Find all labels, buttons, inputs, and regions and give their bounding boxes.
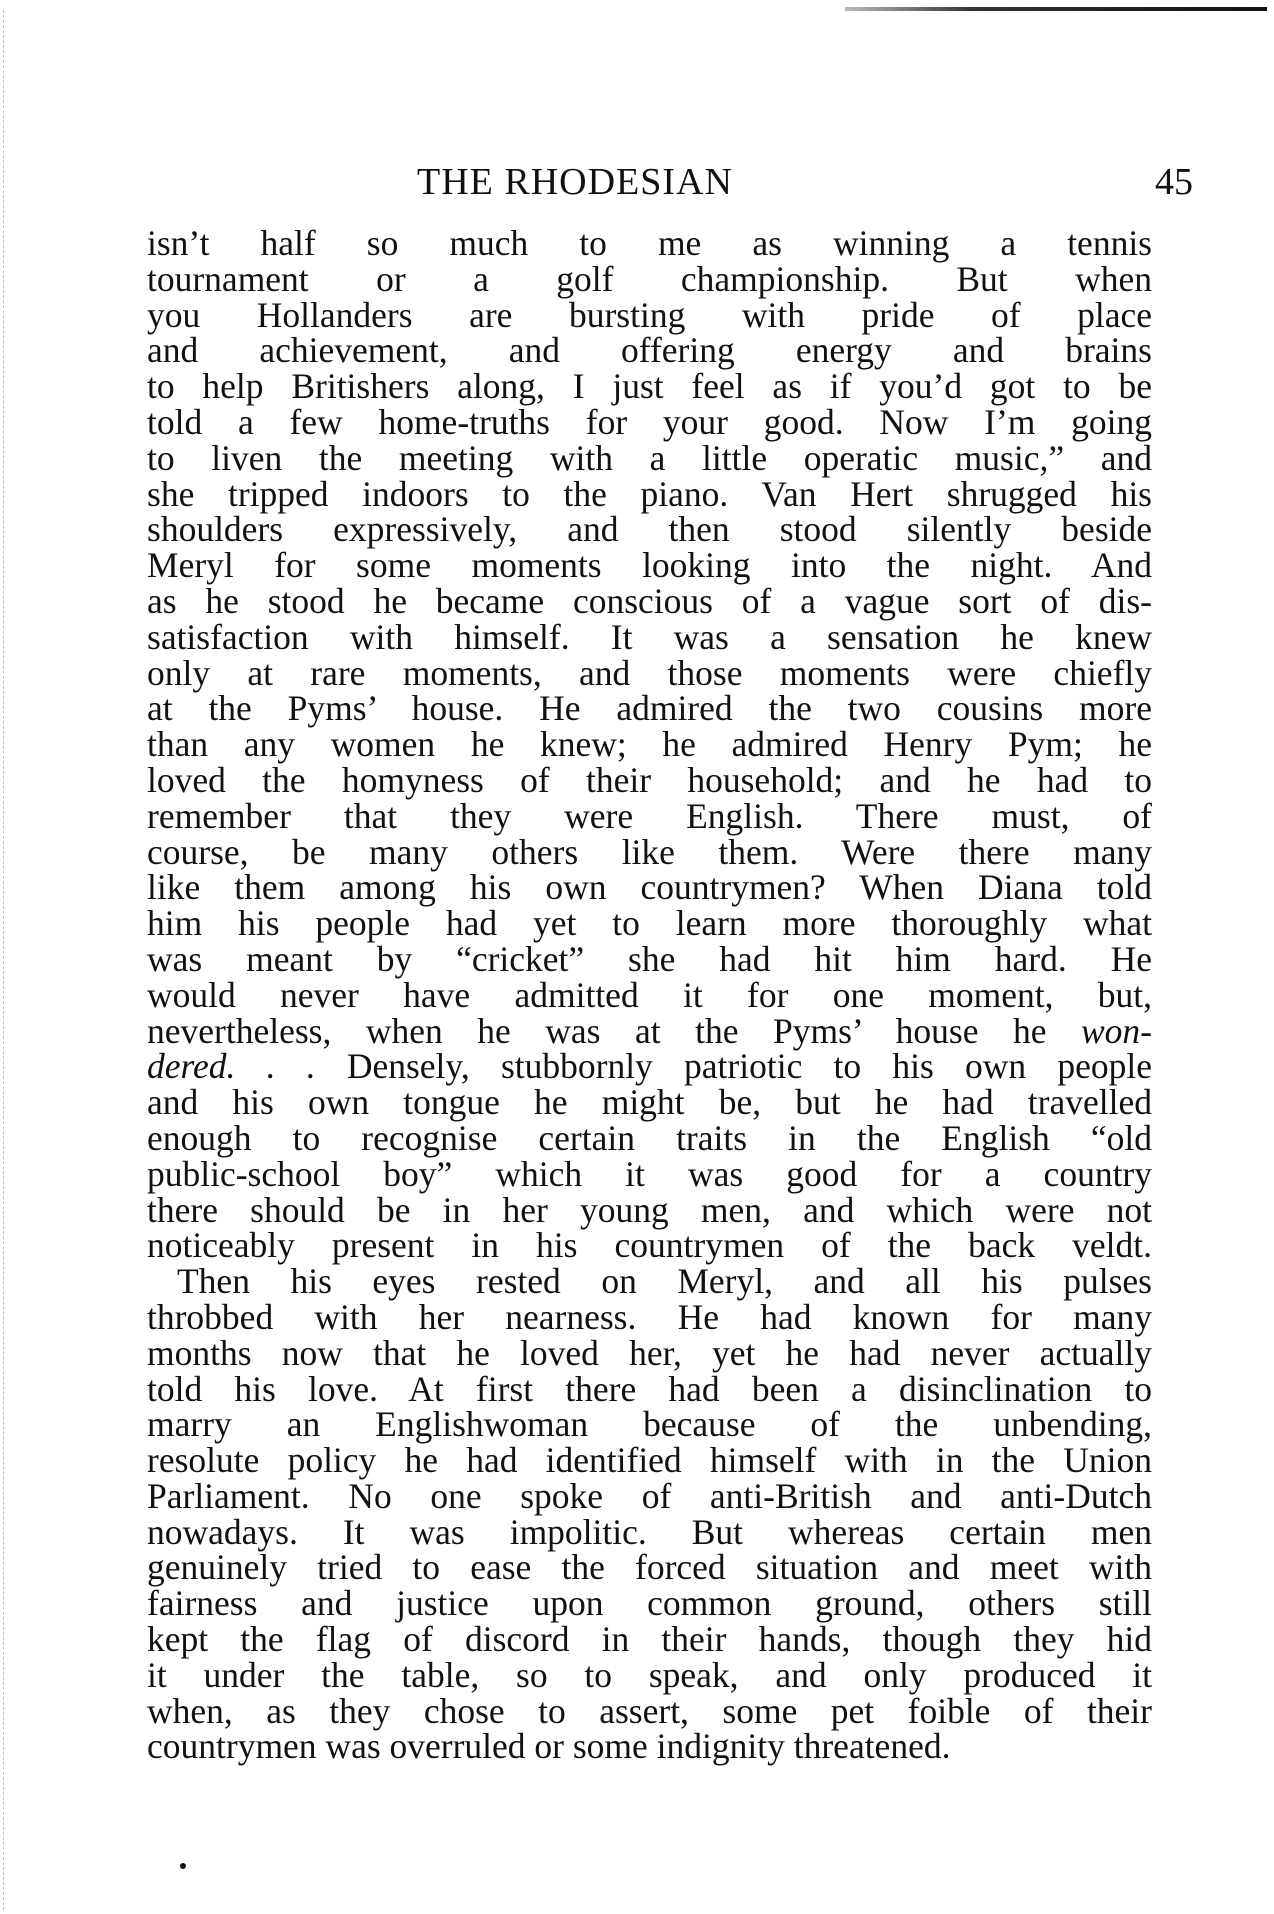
text-line: like them among his own countrymen? When…	[147, 870, 1152, 906]
text-line: him his people had yet to learn more tho…	[147, 906, 1152, 942]
text-line: satisfaction with himself. It was a sens…	[147, 620, 1152, 656]
text-line: Parliament. No one spoke of anti-British…	[147, 1479, 1152, 1515]
paragraph-start-line: Then his eyes rested on Meryl, and all h…	[147, 1264, 1152, 1300]
text-line: it under the table, so to speak, and onl…	[147, 1658, 1152, 1694]
text-line: shoulders expressively, and then stood s…	[147, 512, 1152, 548]
body-text: isn’t half so much to me as winning a te…	[147, 226, 1152, 1765]
text-line: was meant by “cricket” she had hit him h…	[147, 942, 1152, 978]
text-line: nowadays. It was impolitic. But whereas …	[147, 1515, 1152, 1551]
page-number: 45	[1155, 160, 1193, 204]
running-title: THE RHODESIAN	[417, 160, 733, 204]
text-line: resolute policy he had identified himsel…	[147, 1443, 1152, 1479]
text-line-with-italic: nevertheless, when he was at the Pyms’ h…	[147, 1014, 1152, 1050]
text-line: would never have admitted it for one mom…	[147, 978, 1152, 1014]
text-line: genuinely tried to ease the forced situa…	[147, 1550, 1152, 1586]
text-line: throbbed with her nearness. He had known…	[147, 1300, 1152, 1336]
text-line: public-school boy” which it was good for…	[147, 1157, 1152, 1193]
text-line: there should be in her young men, and wh…	[147, 1193, 1152, 1229]
text-line: you Hollanders are bursting with pride o…	[147, 298, 1152, 334]
text-line: countrymen was overruled or some indigni…	[147, 1729, 1152, 1765]
text-line: she tripped indoors to the piano. Van He…	[147, 477, 1152, 513]
scan-edge-rule	[845, 7, 1267, 11]
text-line: isn’t half so much to me as winning a te…	[147, 226, 1152, 262]
text-line: kept the flag of discord in their hands,…	[147, 1622, 1152, 1658]
text-line-with-italic: dered. . . Densely, stubbornly patriotic…	[147, 1049, 1152, 1085]
text-line: as he stood he became conscious of a vag…	[147, 584, 1152, 620]
text-line: and his own tongue he might be, but he h…	[147, 1085, 1152, 1121]
ink-speck	[180, 1863, 186, 1869]
text-line: when, as they chose to assert, some pet …	[147, 1694, 1152, 1730]
text-line: months now that he loved her, yet he had…	[147, 1336, 1152, 1372]
page-header: THE RHODESIAN 45	[0, 160, 1274, 210]
text-segment: Densely, stubbornly patriotic to his own…	[347, 1046, 1152, 1086]
text-line: told his love. At first there had been a…	[147, 1372, 1152, 1408]
text-line: to help Britishers along, I just feel as…	[147, 369, 1152, 405]
text-line: remember that they were English. There m…	[147, 799, 1152, 835]
text-line: than any women he knew; he admired Henry…	[147, 727, 1152, 763]
text-line: course, be many others like them. Were t…	[147, 835, 1152, 871]
text-line: fairness and justice upon common ground,…	[147, 1586, 1152, 1622]
text-line: enough to recognise certain traits in th…	[147, 1121, 1152, 1157]
italic-word: dered. . .	[147, 1046, 316, 1086]
text-line: loved the homyness of their household; a…	[147, 763, 1152, 799]
italic-word: won-	[1081, 1011, 1152, 1051]
text-line: told a few home-truths for your good. No…	[147, 405, 1152, 441]
text-line: marry an Englishwoman because of the unb…	[147, 1407, 1152, 1443]
scan-left-edge	[3, 10, 5, 1910]
text-line: at the Pyms’ house. He admired the two c…	[147, 691, 1152, 727]
text-line: and achievement, and offering energy and…	[147, 333, 1152, 369]
text-line: to liven the meeting with a little opera…	[147, 441, 1152, 477]
text-line: only at rare moments, and those moments …	[147, 656, 1152, 692]
text-line: Meryl for some moments looking into the …	[147, 548, 1152, 584]
text-line: tournament or a golf championship. But w…	[147, 262, 1152, 298]
text-segment: nevertheless, when he was at the Pyms’ h…	[147, 1011, 1046, 1051]
text-line: noticeably present in his countrymen of …	[147, 1228, 1152, 1264]
